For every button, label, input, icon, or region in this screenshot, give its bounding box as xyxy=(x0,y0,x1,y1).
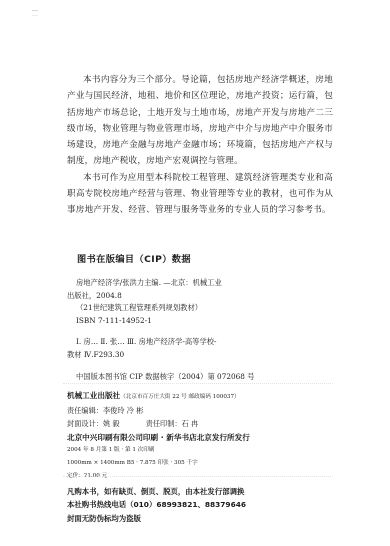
cip-number: 中国版本图书馆 CIP 数据核字（2004）第 072068 号 xyxy=(67,371,307,384)
editor-label: 责任编辑： xyxy=(67,406,103,415)
cip-line-isbn: ISBN 7-111-14952-1 xyxy=(67,315,307,328)
cip-line-subjects: Ⅰ. 房… Ⅱ. 张… Ⅲ. 房地产经济学-高等学校- xyxy=(67,336,307,349)
purchase-notice: 凡购本书，如有缺页、倒页、脱页，由本社发行部调换 本社购书热线电话（010）68… xyxy=(67,485,327,525)
printer-line: 北京中兴印刷有限公司印刷 · 新华书店北京发行所发行 xyxy=(67,431,327,444)
divider-top xyxy=(63,383,333,384)
notice-anti-piracy: 封面无防伪标均为盗版 xyxy=(67,512,327,525)
notice-hotline: 本社购书热线电话（010）68993821、88379646 xyxy=(67,498,327,511)
design-line: 封面设计：姚 毅责任印制：石 冉 xyxy=(67,417,327,430)
summary-paragraph-contents: 本书内容分为三个部分。导论篇，包括房地产经济学概述，房地产业与国民经济，地租、地… xyxy=(67,72,333,170)
edition-line: 2004 年 8 月第 1 版 · 第 1 次印刷 xyxy=(67,444,327,457)
print-manager: 石 冉 xyxy=(182,419,199,428)
publisher-line: 机械工业出版社（北京市百万庄大街 22 号 邮政编码 100037） xyxy=(67,389,327,404)
editor-names: 李俊玲 冷 彬 xyxy=(103,406,144,415)
book-summary: 本书内容分为三个部分。导论篇，包括房地产经济学概述，房地产业与国民经济，地租、地… xyxy=(67,72,333,219)
scan-mark xyxy=(32,10,38,16)
cover-designer: 姚 毅 xyxy=(103,419,120,428)
editor-line: 责任编辑：李俊玲 冷 彬 xyxy=(67,404,327,417)
publisher-address: （北京市百万庄大街 22 号 邮政编码 100037） xyxy=(120,394,240,400)
cip-line-series: （21世纪建筑工程管理系列规划教材） xyxy=(67,302,307,315)
format-line: 1000mm × 1400mm B5 · 7.875 印张 · 305 千字 xyxy=(67,457,327,470)
divider-bottom xyxy=(63,476,333,477)
cip-data-block: 房地产经济学/张洪力主编. —北京：机械工业 出版社，2004.8 （21世纪建… xyxy=(67,277,307,383)
cip-title: 图书在版编目（CIP）数据 xyxy=(77,251,191,265)
print-manager-label: 责任印制： xyxy=(146,419,182,428)
publisher-name: 机械工业出版社 xyxy=(67,391,120,400)
cip-line-title-author: 房地产经济学/张洪力主编. —北京：机械工业 xyxy=(67,277,307,290)
summary-paragraph-audience: 本书可作为应用型本科院校工程管理、建筑经济管理类专业和高职高专院校房地产经营与管… xyxy=(67,170,333,219)
notice-exchange: 凡购本书，如有缺页、倒页、脱页，由本社发行部调换 xyxy=(67,485,327,498)
cip-line-publisher-date: 出版社，2004.8 xyxy=(67,290,307,303)
publisher-block: 机械工业出版社（北京市百万庄大街 22 号 邮政编码 100037） 责任编辑：… xyxy=(67,389,327,483)
cover-design-label: 封面设计： xyxy=(67,419,103,428)
cip-line-classification: 教材 Ⅳ.F293.30 xyxy=(67,349,307,362)
copyright-page: 本书内容分为三个部分。导论篇，包括房地产经济学概述，房地产业与国民经济，地租、地… xyxy=(0,0,390,546)
